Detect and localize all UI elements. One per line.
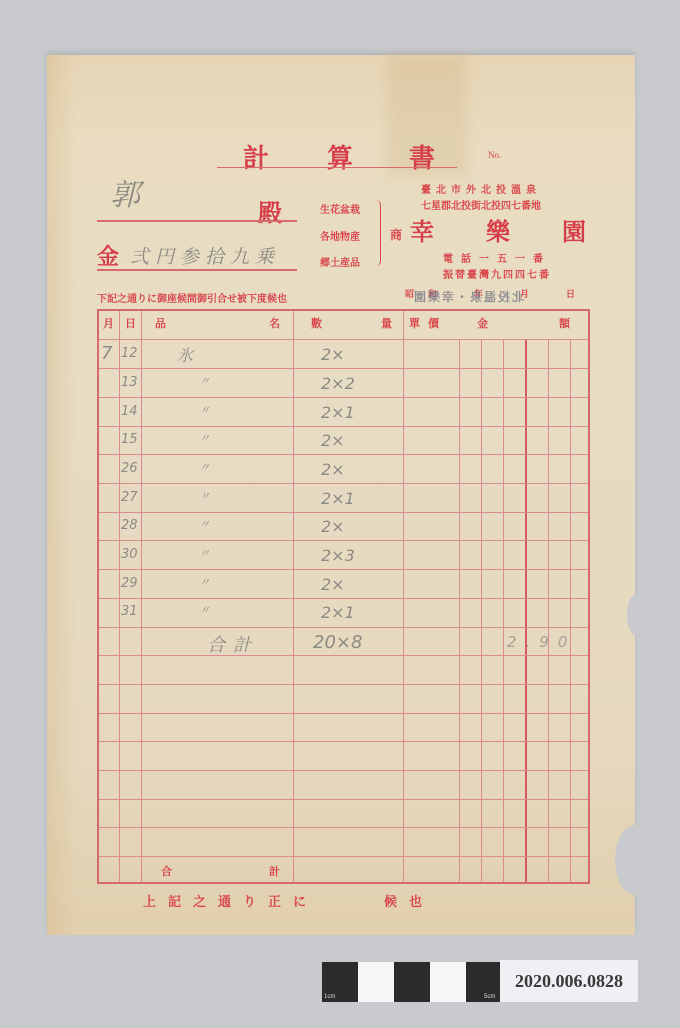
scale-label-start: 1cm [324,994,335,1000]
row-4-qty: 2× [321,431,345,450]
shop-name-char: 園 [562,212,586,247]
phone-line: 電話一五一番 [443,250,551,265]
goods-line-1: 生花盆栽 [320,201,360,216]
torn-edge [627,595,643,635]
row-2-item: 〃 [199,373,210,389]
scale-label-end: 5cm [484,994,495,1000]
shop-name-char: 幸 [410,212,434,247]
goods-line-3: 郷土産品 [320,254,360,269]
row-divider [99,483,588,484]
row-1-day: 12 [121,346,138,361]
col-divider [548,339,549,882]
address-line-2: 七星郡北投街北投四七番地 [421,197,541,212]
row-divider [99,397,588,398]
total-label-right: 計 [269,863,280,879]
subtotal-amount: 2.90 [507,633,576,651]
row-divider [99,799,588,800]
row-8-qty: 2×3 [321,546,355,565]
row-divider [99,512,588,513]
row-1-month: 7 [101,343,112,364]
row-2-day: 13 [121,375,138,390]
row-divider [99,741,588,742]
row-divider [99,540,588,541]
row-3-item: 〃 [199,402,210,418]
header-item-left: 品 [155,315,166,331]
amount-handwritten: 弍円参拾九乗 [130,242,280,269]
row-9-item: 〃 [199,574,210,590]
amount-prefix: 金 [97,240,119,271]
row-7-item: 〃 [199,516,210,532]
row-4-item: 〃 [199,430,210,446]
paper-stain [47,55,77,935]
accession-number: 2020.006.0828 [500,960,638,1002]
col-divider [459,339,460,882]
row-divider [99,627,588,628]
row-8-item: 〃 [199,545,210,561]
row-divider [99,598,588,599]
row-10-qty: 2×1 [321,603,355,622]
row-8-day: 30 [121,547,138,562]
col-divider [503,339,504,882]
row-5-qty: 2× [321,460,345,479]
header-month: 月 [103,315,114,331]
row-2-qty: 2×2 [321,374,355,393]
row-4-day: 15 [121,432,138,447]
row-divider [99,655,588,656]
col-divider [481,339,482,882]
subtotal-qty: 20×8 [313,632,362,653]
number-label: No. [488,150,501,160]
row-6-day: 27 [121,490,138,505]
title-underline [217,167,457,168]
title-char: 計 [243,138,269,175]
col-divider-yen [525,339,527,882]
row-6-qty: 2×1 [321,489,355,508]
row-3-day: 14 [121,404,138,419]
scale-bar [322,962,502,1002]
header-qty-left: 數 [311,315,322,331]
amount-underline [97,269,297,271]
col-divider [570,339,571,882]
shop-prefix: 商 [390,226,402,243]
shop-name: 幸 樂 園 [410,212,590,242]
brace [376,200,381,266]
row-9-qty: 2× [321,575,345,594]
row-5-item: 〃 [199,459,210,475]
row-1-qty: 2× [321,345,345,364]
title-char: 書 [409,138,435,175]
row-divider [99,454,588,455]
header-qty-right: 量 [381,315,392,331]
transfer-line: 振替臺灣九四四七番 [443,266,551,281]
row-divider [99,569,588,570]
footer-text-right: 候也 [384,891,434,910]
torn-edge [615,825,655,895]
footer-text-left: 上記之通り正に [143,891,318,910]
total-label-left: 合 [161,863,172,879]
header-amount-right: 額 [559,315,570,331]
row-divider [99,426,588,427]
row-6-item: 〃 [199,488,210,504]
row-1-item: 氷 [177,343,193,366]
row-divider [99,770,588,771]
row-5-day: 26 [121,461,138,476]
addressee-handwritten: 郭 [110,170,140,214]
row-10-item: 〃 [199,602,210,618]
honorific: 殿 [258,193,282,228]
row-10-day: 31 [121,604,138,619]
title-char: 算 [327,138,353,175]
row-divider [99,827,588,828]
goods-line-2: 各地物産 [320,228,360,243]
row-9-day: 29 [121,576,138,591]
notice-text: 下記之通りに御座候間御引合せ被下度候也 [97,290,287,305]
address-line-1: 臺北市外北投溫泉 [421,181,541,196]
row-divider [99,856,588,857]
addressee-underline [97,220,297,222]
blue-stamp: 北投温泉・幸樂園 [412,288,524,305]
header-unit-price: 單價 [409,315,447,331]
row-divider [99,713,588,714]
row-divider [99,339,588,340]
row-7-day: 28 [121,518,138,533]
header-item-right: 名 [269,315,280,331]
subtotal-label: 合計 [207,631,259,657]
row-3-qty: 2×1 [321,403,355,422]
invoice-table: 月 日 品 名 數 量 單價 金 額 7 12 氷 2× 13 〃 2×2 14… [97,309,590,884]
row-divider [99,684,588,685]
header-day: 日 [125,315,136,331]
row-7-qty: 2× [321,517,345,536]
shop-name-char: 樂 [486,212,510,247]
header-amount-left: 金 [477,315,488,331]
row-divider [99,368,588,369]
